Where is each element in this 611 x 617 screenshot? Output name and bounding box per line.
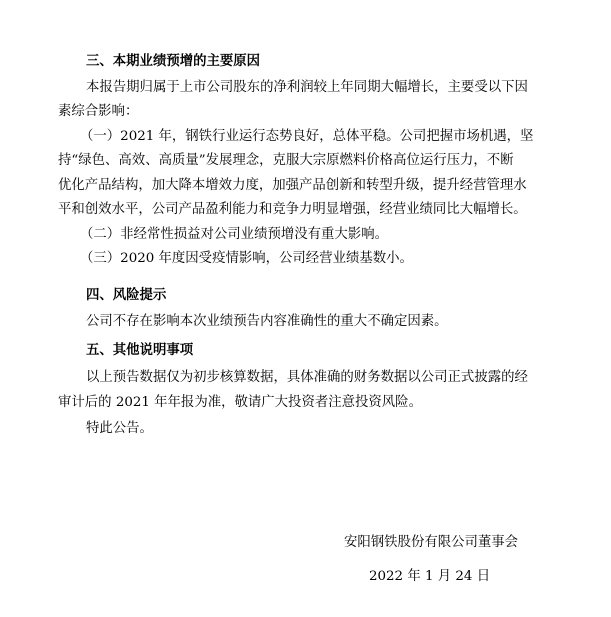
paragraph-line: 持“绿色、高效、高质量”发展理念，克服大宗原燃料价格高位运行压力，不断 bbox=[58, 153, 514, 169]
paragraph-line: 平和创效水平，公司产品盈利能力和竞争力明显增强，经营业绩同比大幅增长。 bbox=[58, 202, 527, 218]
paragraph-line: （一）2021 年，钢铁行业运行态势良好，总体平稳。公司把握市场机遇，坚 bbox=[80, 129, 533, 145]
paragraph-line: 公司不存在影响本次业绩预告内容准确性的重大不确定因素。 bbox=[86, 314, 448, 330]
paragraph-line: 审计后的 2021 年年报为准，敬请广大投资者注意投资风险。 bbox=[58, 395, 422, 411]
paragraph-line: 以上预告数据仅为初步核算数据，具体准确的财务数据以公司正式披露的经 bbox=[86, 370, 528, 386]
section-heading-risk: 四、风险提示 bbox=[86, 288, 166, 304]
signature-date: 2022 年 1 月 24 日 bbox=[369, 569, 490, 585]
paragraph-line: 素综合影响： bbox=[58, 104, 138, 120]
paragraph-line: 本报告期归属于上市公司股东的净利润较上年同期大幅增长，主要受以下因 bbox=[86, 80, 528, 96]
section-heading-other: 五、其他说明事项 bbox=[86, 343, 193, 359]
paragraph-line: 优化产品结构，加大降本增效力度，加强产品创新和转型升级，提升经营管理水 bbox=[58, 178, 527, 194]
section-heading-reasons: 三、本期业绩预增的主要原因 bbox=[86, 54, 260, 70]
paragraph-line: （三）2020 年度因受疫情影响，公司经营业绩基数小。 bbox=[80, 251, 413, 267]
paragraph-line: 特此公告。 bbox=[86, 421, 153, 437]
paragraph-line: （二）非经常性损益对公司业绩预增没有重大影响。 bbox=[80, 227, 388, 243]
signature-company: 安阳钢铁股份有限公司董事会 bbox=[344, 535, 518, 551]
